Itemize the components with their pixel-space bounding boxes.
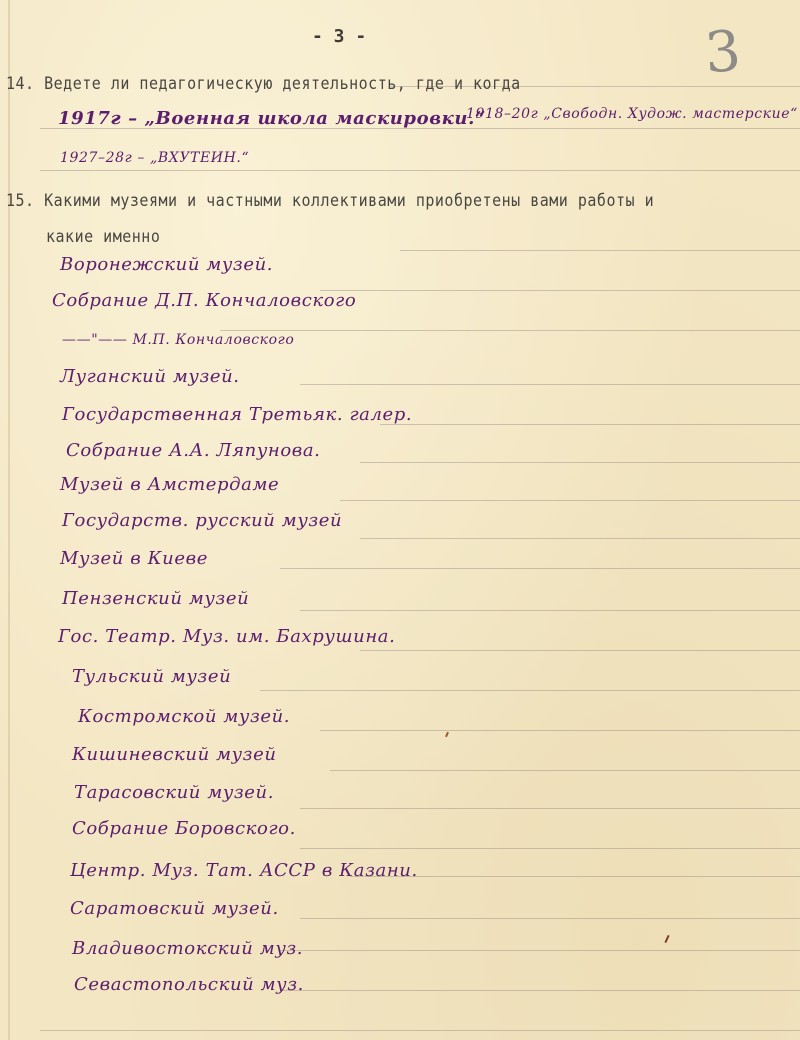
ink-speck — [445, 732, 449, 737]
pencil-page-number: 3 — [703, 19, 743, 86]
answer-14-line: 1927–28г – „ВХУТЕИН.“ — [60, 150, 249, 166]
ruled-line — [300, 808, 800, 809]
ruled-line — [300, 384, 800, 385]
ruled-line — [360, 538, 800, 539]
ink-speck — [664, 935, 669, 943]
answer-15-item: Центр. Муз. Тат. АССР в Казани. — [70, 860, 418, 881]
ruled-line — [340, 500, 800, 501]
ruled-line — [40, 170, 800, 171]
answer-15-item: Тарасовский музей. — [74, 782, 274, 803]
question-14: 14. Ведете ли педагогическую деятельност… — [6, 73, 521, 94]
ruled-line — [280, 990, 800, 991]
answer-15-item: Музей в Амстердаме — [60, 474, 279, 495]
ruled-line — [380, 424, 800, 425]
answer-15-item: Луганский музей. — [60, 366, 240, 387]
answer-14-line: 1917г – „Военная школа маскировки.“ — [58, 108, 486, 129]
question-15-number: 15. — [6, 190, 35, 211]
question-15: 15. Какими музеями и частными коллектива… — [6, 190, 654, 211]
answer-15-item: Тульский музей — [72, 666, 231, 687]
ruled-line — [220, 330, 800, 331]
ruled-line — [300, 848, 800, 849]
ruled-line — [320, 290, 800, 291]
answer-15-item: Собрание Боровского. — [72, 818, 296, 839]
ruled-line — [260, 690, 800, 691]
answer-14-line: 1918–20г „Свободн. Худож. мастерские“ — [466, 106, 798, 122]
answer-15-item: Севастопольский муз. — [74, 974, 304, 995]
ruled-line — [280, 568, 800, 569]
answer-15-item: Пензенский музей — [62, 588, 249, 609]
ruled-line — [300, 610, 800, 611]
ruled-line — [280, 950, 800, 951]
answer-15-item: Государств. русский музей — [62, 510, 342, 531]
ruled-line — [330, 770, 800, 771]
page-number: - 3 - — [312, 26, 366, 47]
answer-15-item: Музей в Киеве — [60, 548, 208, 569]
question-14-number: 14. — [6, 73, 35, 94]
paper-left-edge — [8, 0, 10, 1040]
question-14-text: Ведете ли педагогическую деятельность, г… — [44, 73, 521, 94]
answer-15-item: Гос. Театр. Муз. им. Бахрушина. — [58, 626, 395, 647]
question-15-text-line2: какие именно — [46, 226, 160, 247]
answer-15-item: ——"—— М.П. Кончаловского — [62, 332, 294, 348]
ruled-line — [320, 730, 800, 731]
answer-15-item: Саратовский музей. — [70, 898, 279, 919]
answer-15-item: Владивостокский муз. — [72, 938, 303, 959]
answer-15-item: Костромской музей. — [78, 706, 290, 727]
ruled-line — [400, 250, 800, 251]
ruled-line — [300, 918, 800, 919]
ruled-line — [360, 462, 800, 463]
ruled-line — [360, 650, 800, 651]
answer-15-item: Собрание А.А. Ляпунова. — [66, 440, 321, 461]
answer-15-item: Собрание Д.П. Кончаловского — [52, 290, 356, 311]
answer-15-item: Кишиневский музей — [72, 744, 277, 765]
document-page: - 3 - 3 14. Ведете ли педагогическую дея… — [0, 0, 800, 1040]
question-15-text-line1: Какими музеями и частными коллективами п… — [44, 190, 654, 211]
answer-15-item: Государственная Третьяк. галер. — [62, 404, 412, 425]
ruled-line — [40, 1030, 800, 1031]
answer-15-item: Воронежский музей. — [60, 254, 273, 275]
